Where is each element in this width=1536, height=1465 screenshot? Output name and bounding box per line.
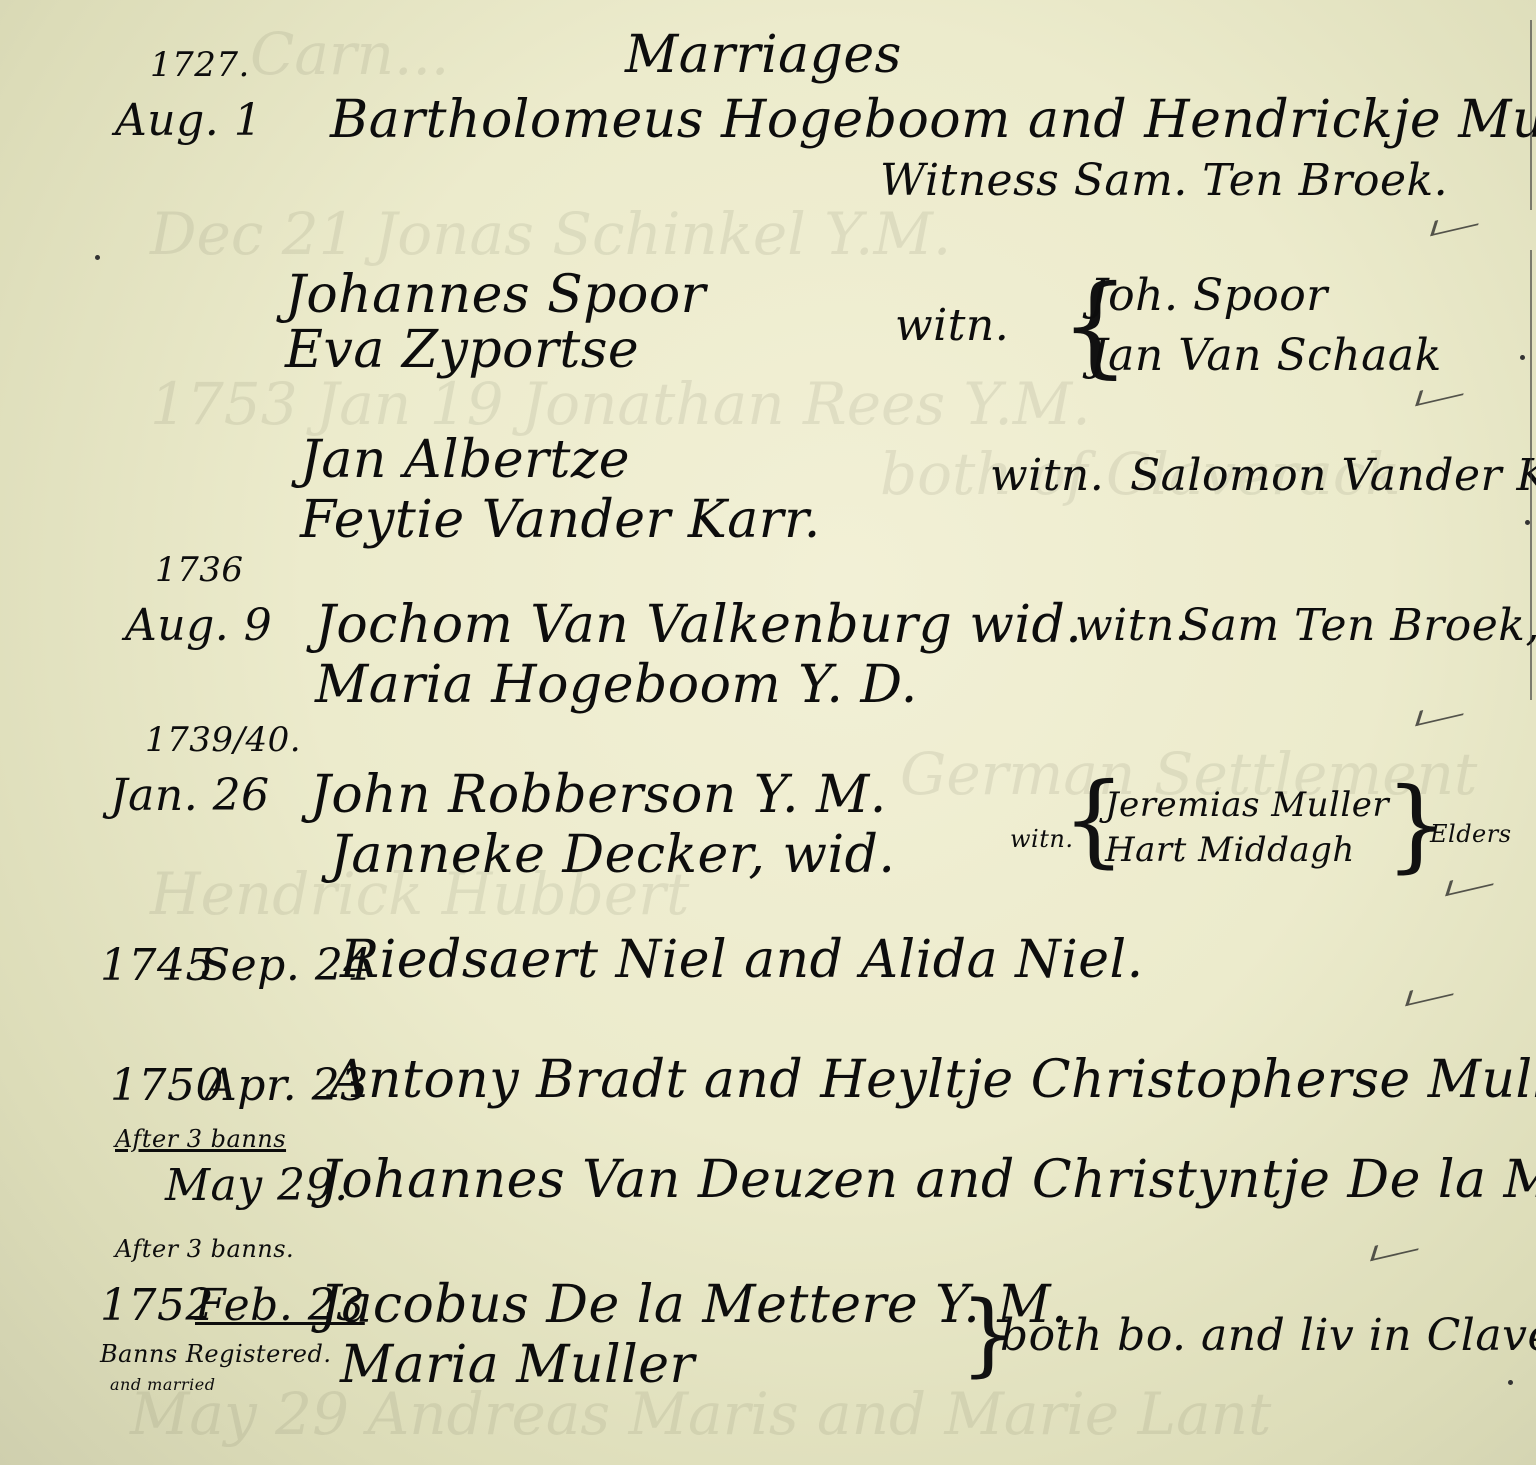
entry-note: and married xyxy=(110,1375,216,1394)
check-mark-icon xyxy=(1405,980,1458,1007)
bleed-through-text: Dec 21 Jonas Schinkel Y.M. xyxy=(150,200,951,268)
entry-note: After 3 banns xyxy=(115,1125,286,1153)
entry-groom: Jochom Van Valkenburg wid. xyxy=(315,595,1082,655)
ink-dot xyxy=(1525,520,1530,525)
witness-label: witn. xyxy=(895,300,1009,351)
page-edge-line xyxy=(1530,250,1532,700)
check-mark-icon xyxy=(1445,870,1498,897)
entry-witness: Witness Sam. Ten Broek. xyxy=(880,155,1448,206)
page-edge-line xyxy=(1530,20,1532,210)
entry-names: Antony Bradt and Heyltje Christopherse M… xyxy=(330,1050,1536,1110)
entry-year: 1739/40. xyxy=(145,720,301,760)
witness-name: Sam Ten Broek, Elder xyxy=(1180,600,1536,651)
entry-groom: Johannes Spoor xyxy=(285,265,706,325)
entry-groom: John Robberson Y. M. xyxy=(310,765,887,825)
witness-label: witn. xyxy=(990,450,1104,501)
ink-dot xyxy=(95,255,100,260)
ink-dot xyxy=(1508,1380,1513,1385)
ink-dot xyxy=(1520,355,1525,360)
witness-name: Salomon Vander Karr. xyxy=(1130,450,1536,501)
witness-role: Elders xyxy=(1430,820,1512,848)
entry-year: 1745 xyxy=(100,940,214,991)
entry-year: 1736 xyxy=(155,550,244,590)
entry-note: After 3 banns. xyxy=(115,1235,294,1263)
entry-bride: Maria Muller xyxy=(340,1335,695,1395)
entry-groom: Jacobus De la Mettere Y. M. xyxy=(320,1275,1068,1335)
witness-label: witn. xyxy=(1075,600,1189,651)
check-mark-icon xyxy=(1370,1235,1423,1262)
witness-name: Hart Middagh xyxy=(1105,830,1355,870)
entry-bride: Maria Hogeboom Y. D. xyxy=(315,655,918,715)
bleed-through-text: 1753 Jan 19 Jonathan Rees Y.M. xyxy=(150,370,1091,438)
entry-bride: Janneke Decker, wid. xyxy=(330,825,895,885)
entry-residence: both bo. and liv in Claverack xyxy=(1000,1310,1536,1361)
entry-names: Bartholomeus Hogeboom and Hendrickje Mul… xyxy=(330,90,1536,150)
entry-names: Johannes Van Deuzen and Christyntje De l… xyxy=(320,1150,1536,1210)
bleed-through-text: Carn... xyxy=(250,20,449,88)
entry-date: Aug. 9 xyxy=(125,600,272,651)
entry-names: Riedsaert Niel and Alida Niel. xyxy=(340,930,1144,990)
witness-name: Joh. Spoor xyxy=(1090,270,1328,321)
page-title: Marriages xyxy=(625,25,902,85)
check-mark-icon xyxy=(1415,700,1468,727)
register-page: Carn... Dec 21 Jonas Schinkel Y.M. 1753 … xyxy=(0,0,1536,1465)
entry-bride: Eva Zyportse xyxy=(285,320,639,380)
witness-name: Jan Van Schaak xyxy=(1090,330,1442,381)
entry-date: Aug. 1 xyxy=(115,95,262,146)
check-mark-icon xyxy=(1430,210,1483,237)
witness-name: Jeremias Muller xyxy=(1105,785,1389,825)
entry-year: 1727. xyxy=(150,45,250,85)
entry-date: Jan. 26 xyxy=(110,770,270,821)
check-mark-icon xyxy=(1415,380,1468,407)
entry-bride: Feytie Vander Karr. xyxy=(300,490,821,550)
bleed-through-text: May 29 Andreas Maris and Marie Lant xyxy=(130,1380,1271,1448)
entry-groom: Jan Albertze xyxy=(300,430,630,490)
entry-note: Banns Registered. xyxy=(100,1340,331,1368)
